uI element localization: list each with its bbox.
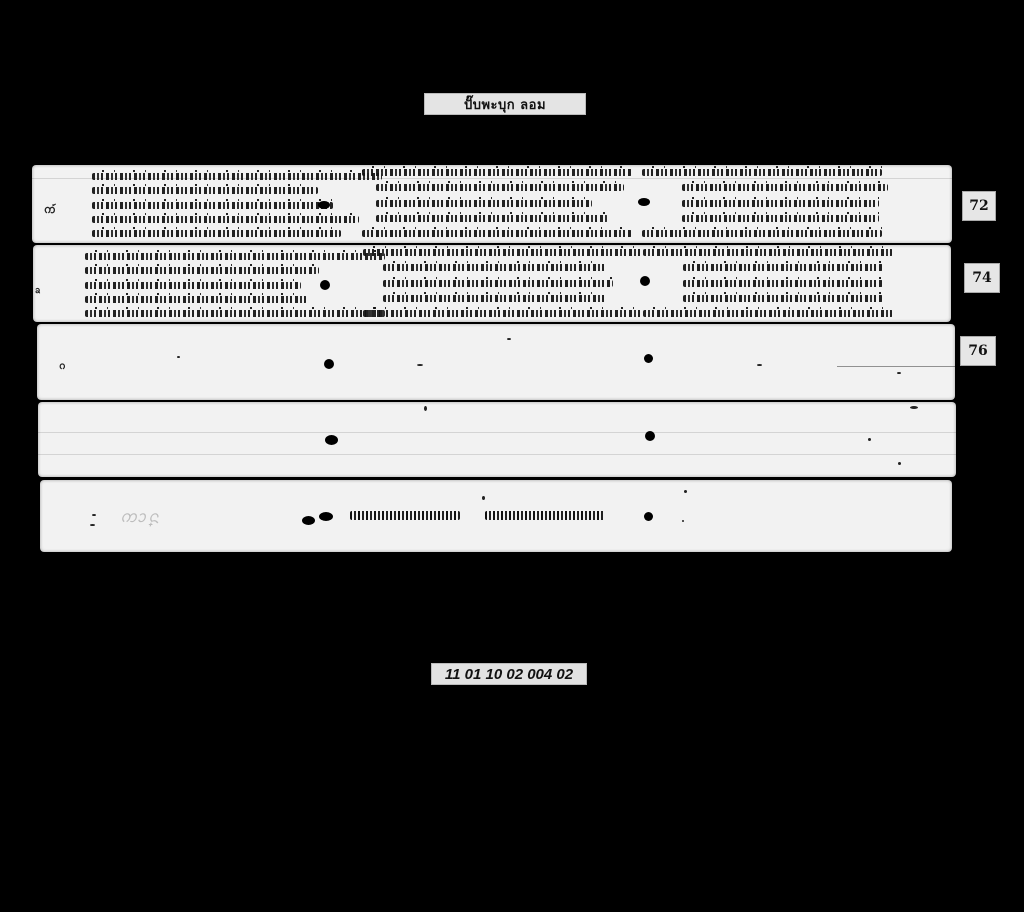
binding-hole: [324, 359, 334, 369]
palm-leaf-4: [38, 402, 956, 477]
binding-hole: [644, 354, 653, 363]
script-block-center: [363, 249, 643, 317]
binding-hole: [319, 512, 333, 521]
folio-number-tag: 72: [962, 191, 996, 221]
folio-number-tag: 76: [960, 336, 996, 366]
folio-number-tag: 74: [964, 263, 1000, 293]
script-block-right: [643, 249, 893, 317]
script-segment: [485, 511, 605, 520]
binding-hole: [302, 516, 315, 525]
binding-hole: [318, 201, 330, 209]
manuscript-title-label: ปั๊บพะบุก ลอม: [424, 93, 586, 115]
script-block-center: [362, 169, 632, 237]
leaf-side-mark: ᨡ: [35, 283, 41, 298]
script-block-right: [642, 169, 882, 237]
leaf-side-mark: ᨠ᩶: [44, 201, 56, 219]
palm-leaf-2: ᨡ: [33, 245, 951, 322]
leaf-side-mark: ᨣ: [59, 359, 66, 375]
script-block-left: [85, 253, 385, 317]
palm-leaf-3: ᨣ: [37, 324, 955, 400]
faint-inscription: ᨠᩣ᩠ᨶ: [120, 506, 161, 531]
binding-hole: [644, 512, 653, 521]
palm-leaf-5: ᨠᩣ᩠ᨶ: [40, 480, 952, 552]
binding-hole: [320, 280, 330, 290]
palm-leaf-1: ᨠ᩶: [32, 165, 952, 243]
script-segment: [350, 511, 460, 520]
binding-hole: [325, 435, 338, 445]
catalog-number-label: 11 01 10 02 004 02: [431, 663, 587, 685]
script-block-left: [92, 173, 382, 237]
